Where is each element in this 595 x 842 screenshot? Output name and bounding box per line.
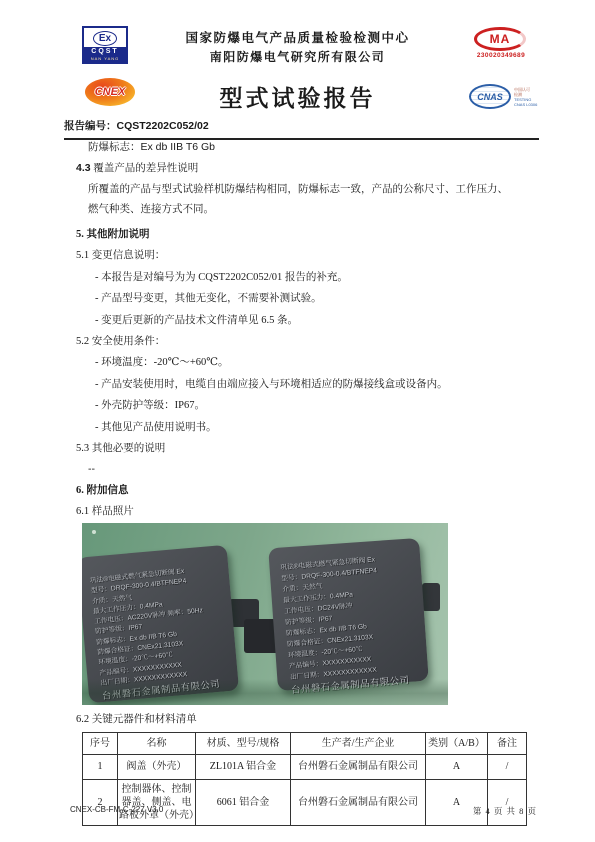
table-cell: ZL101A 铝合金 [196,754,291,779]
table-cell: / [488,754,527,779]
section-5-3-body: -- [64,463,540,476]
footer-form-number: CNEX-CB-FM-C-227 V3.0 [70,805,163,814]
table-cell: 台州磐石金属制品有限公司 [291,779,426,825]
report-number-label: 报告编号： [64,121,117,132]
section-6-heading: 6. 附加信息 [64,484,540,497]
table-cell: 1 [83,754,118,779]
bullet-item: - 其他见产品使用说明书。 [64,421,540,434]
bullet-item: - 外壳防护等级：IP67。 [64,399,540,412]
table-cell: 控制器体、控制器盖、侧盖、电路板外罩（外壳） [118,779,196,825]
table-header-cell: 序号 [83,732,118,754]
device-nameplate-right: 巩法®电磁式燃气紧急切断阀 Ex型号：DRQF-300-0.4/BTFNEP4介… [280,552,410,696]
nameplate-line: 台州磐石金属制品有限公司 [291,675,410,696]
footer-page-number: 第 4 页 共 8 页 [473,805,537,817]
table-header-cell: 备注 [488,732,527,754]
page-title: 型式试验报告 [0,80,595,113]
section-4-3-body: 所覆盖的产品与型式试验样机防爆结构相同，防爆标志一致，产品的公称尺寸、工作压力、… [64,180,516,220]
section-5-3-heading: 5.3 其他必要的说明 [64,442,540,455]
section-4-3-title: 覆盖产品的差异性说明 [93,163,198,174]
table-cell: 6061 铝合金 [196,779,291,825]
table-cell: / [488,779,527,825]
section-5-2-items: - 环境温度：-20℃～+60℃。- 产品安装使用时，电缆自由端应接入与环境相适… [64,356,540,434]
report-number-value: CQST2202C052/02 [117,120,209,132]
report-number-row: 报告编号：CQST2202C052/02 [64,118,539,140]
bullet-item: - 变更后更新的产品技术文件清单见 6.5 条。 [64,314,540,327]
table-header-cell: 类别（A/B） [426,732,488,754]
table-cell: 阀盖（外壳） [118,754,196,779]
table-header-cell: 名称 [118,732,196,754]
table-header-cell: 生产者/生产企业 [291,732,426,754]
section-4-3-number: 4.3 [76,162,91,174]
device-nameplate-left: 巩法®电磁式燃气紧急切断阀 Ex型号：DRQF-300-0.4/BTFNEP4介… [90,564,221,701]
section-5-heading: 5. 其他附加说明 [64,228,540,241]
sample-device-right: 巩法®电磁式燃气紧急切断阀 Ex型号：DRQF-300-0.4/BTFNEP4介… [268,537,429,690]
bullet-item: - 环境温度：-20℃～+60℃。 [64,356,540,369]
section-5-1-heading: 5.1 变更信息说明： [64,249,540,262]
section-4-3-heading: 4.3 覆盖产品的差异性说明 [64,162,540,175]
section-5-1-items: - 本报告是对编号为为 CQST2202C052/01 报告的补充。- 产品型号… [64,271,540,327]
table-cell: A [426,754,488,779]
bullet-item: - 产品安装使用时，电缆自由端应接入与环境相适应的防爆接线盒或设备内。 [64,378,540,391]
document-page: Ex CQST NAN YANG CNEX MA 230020349689 CN… [0,0,595,842]
section-6-2-heading: 6.2 关键元器件和材料清单 [64,713,540,726]
table-header-cell: 材质、型号/规格 [196,732,291,754]
table-row: 1阀盖（外壳）ZL101A 铝合金台州磐石金属制品有限公司A/ [83,754,527,779]
ex-mark-line: 防爆标志：Ex db IIB T6 Gb [64,141,540,154]
section-5-2-heading: 5.2 安全使用条件： [64,335,540,348]
sample-photo: 巩法®电磁式燃气紧急切断阀 Ex型号：DRQF-300-0.4/BTFNEP4介… [82,523,448,705]
bullet-item: - 本报告是对编号为为 CQST2202C052/01 报告的补充。 [64,271,540,284]
org-name-line2: 南阳防爆电气研究所有限公司 [0,48,595,65]
table-row: 2控制器体、控制器盖、侧盖、电路板外罩（外壳）6061 铝合金台州磐石金属制品有… [83,779,527,825]
ex-mark-label: 防爆标志： [88,142,141,153]
table-cell: 台州磐石金属制品有限公司 [291,754,426,779]
sample-device-left: 巩法®电磁式燃气紧急切断阀 Ex型号：DRQF-300-0.4/BTFNEP4介… [82,544,239,703]
table-header-row: 序号名称材质、型号/规格生产者/生产企业类别（A/B）备注 [83,732,527,754]
nameplate-line: 台州磐石金属制品有限公司 [102,679,221,702]
ex-mark-value: Ex db IIB T6 Gb [141,141,216,153]
org-name-line1: 国家防爆电气产品质量检验检测中心 [0,28,595,46]
valve-side-tab [422,583,440,611]
report-body: 防爆标志：Ex db IIB T6 Gb 4.3 覆盖产品的差异性说明 所覆盖的… [64,141,540,826]
section-6-1-heading: 6.1 样品照片 [64,505,540,518]
table-cell: A [426,779,488,825]
table-cell: 2 [83,779,118,825]
bullet-item: - 产品型号变更，其他无变化，不需要补测试验。 [64,292,540,305]
